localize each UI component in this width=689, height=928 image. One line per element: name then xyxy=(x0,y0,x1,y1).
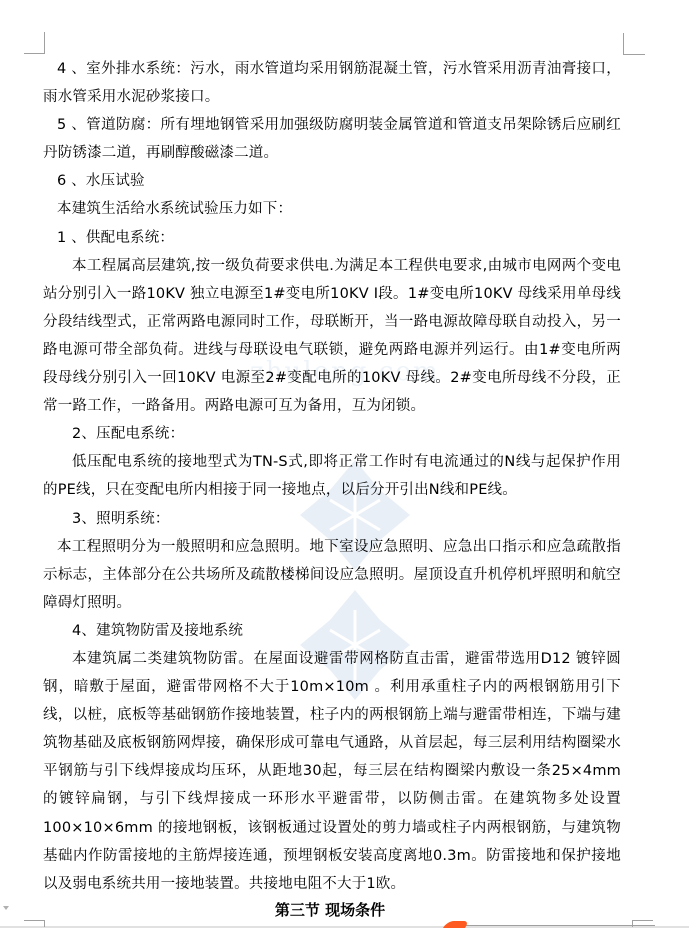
paragraph-lightning-protection-body: 本建筑属二类建筑物防雷。在屋面设避雷带网格防直击雷，避雷带选用D12 镀锌圆钢，… xyxy=(43,645,621,898)
document-page: zhulong.com 4 、室外排水系统：污水，雨水管道均采用钢筋混凝土管，污… xyxy=(0,0,689,926)
next-page-top-right-margin-mark xyxy=(632,920,653,927)
paragraph-pressure-test-intro: 本建筑生活给水系统试验压力如下： xyxy=(43,195,621,223)
paragraph-lighting-body: 本工程照明分为一般照明和应急照明。地下室设应急照明、应急出口指示和应急疏散指示标… xyxy=(43,533,621,617)
paragraph-power-supply-body: 本工程属高层建筑,按一级负荷要求供电.为满足本工程供电要求,由城市电网两个变电站… xyxy=(43,252,621,421)
section-heading: 第三节 现场条件 xyxy=(0,898,660,922)
paragraph-outdoor-drainage: 4 、室外排水系统：污水，雨水管道均采用钢筋混凝土管，污水管采用沥青油膏接口，雨… xyxy=(43,55,621,111)
top-left-margin-mark xyxy=(24,32,45,54)
paragraph-lightning-protection-heading: 4、建筑物防雷及接地系统 xyxy=(43,617,621,645)
paragraph-low-voltage-body: 低压配电系统的接地型式为TN-S式,即将正常工作时有电流通过的N线与起保护作用的… xyxy=(43,448,621,504)
paragraph-pressure-test-heading: 6 、水压试验 xyxy=(43,167,621,195)
top-right-margin-mark xyxy=(623,33,645,55)
paragraph-power-supply-heading: 1 、供配电系统： xyxy=(43,224,621,252)
next-page-top-left-margin-mark xyxy=(24,920,45,927)
paragraph-pipe-anticorrosion: 5 、管道防腐：所有埋地钢管采用加强级防腐明装金属管道和管道支吊架除锈后应刷红丹… xyxy=(43,111,621,167)
paragraph-low-voltage-heading: 2、压配电系统： xyxy=(43,420,621,448)
next-page-edge xyxy=(455,925,655,926)
paragraph-lighting-heading: 3、照明系统： xyxy=(43,505,621,533)
document-body: 4 、室外排水系统：污水，雨水管道均采用钢筋混凝土管，污水管采用沥青油膏接口，雨… xyxy=(43,55,621,898)
